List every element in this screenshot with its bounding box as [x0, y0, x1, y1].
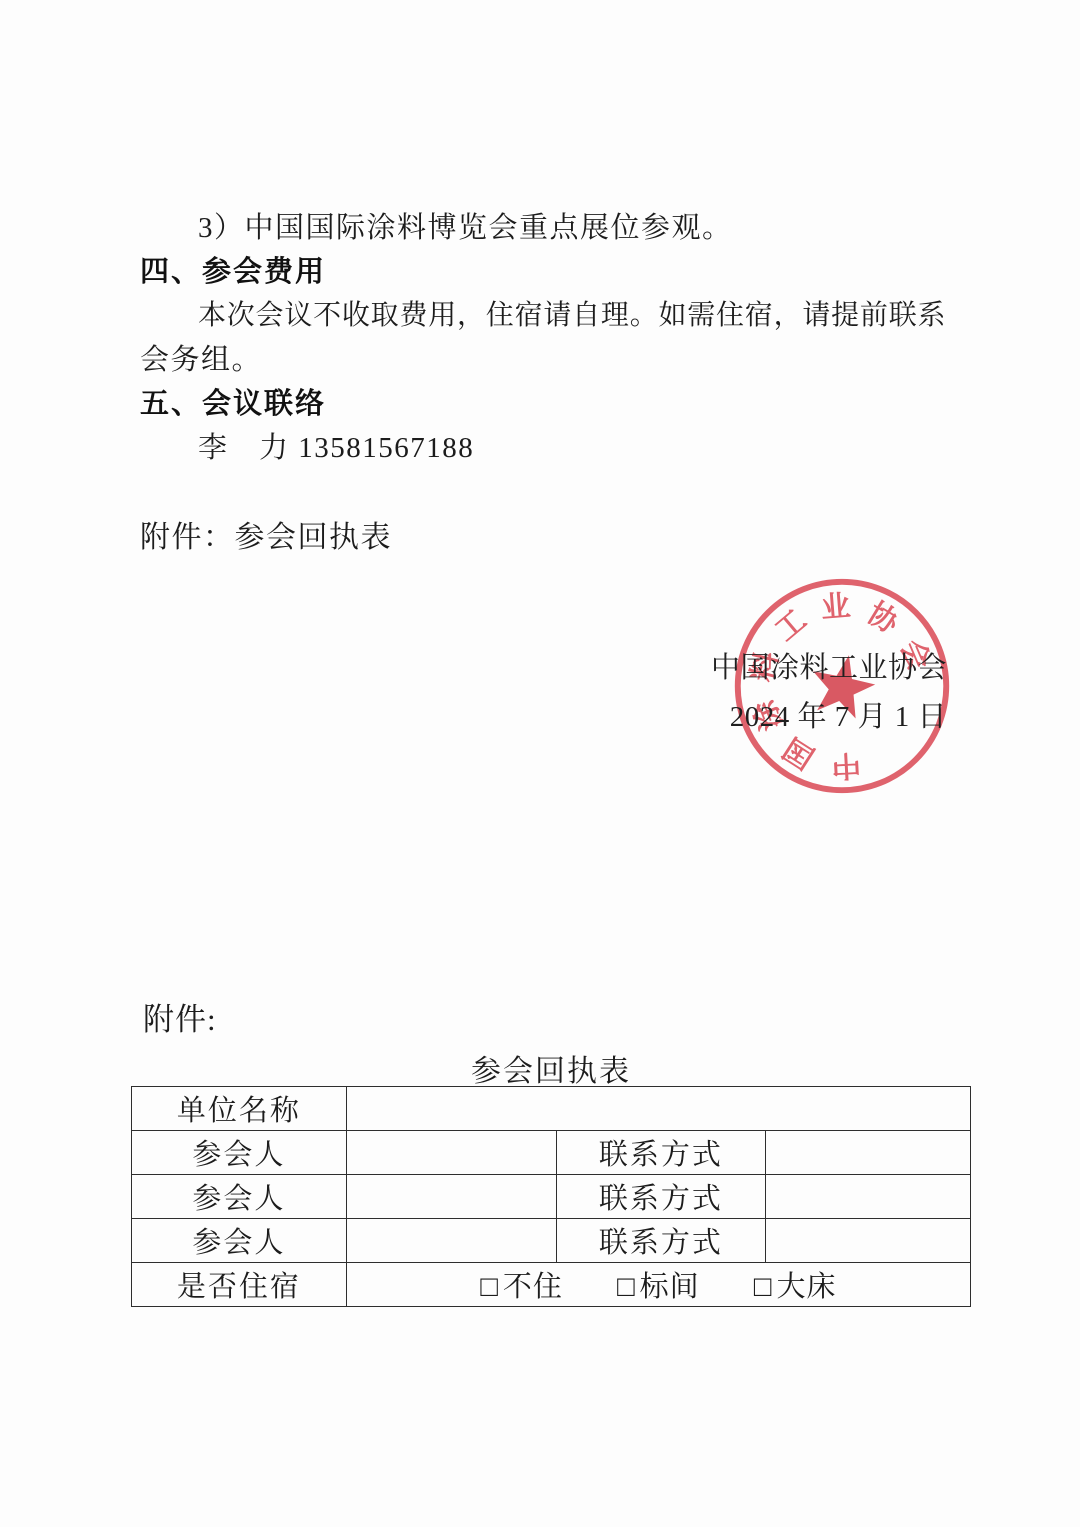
checkbox-icon: □ — [617, 1271, 636, 1303]
contact-value-cell — [766, 1131, 971, 1175]
unit-name-value-cell — [346, 1087, 970, 1131]
seal-char: 协 — [862, 597, 906, 641]
body-line: 本次会议不收取费用，住宿请自理。如需住宿，请提前联系 — [140, 294, 946, 338]
hotel-option-label: 不住 — [503, 1271, 563, 1303]
contact-line: 李 力 13581567188 — [140, 426, 946, 470]
participant-label: 参会人 — [132, 1131, 347, 1175]
issue-date: 2024 年 7 月 1 日 — [527, 693, 947, 742]
participant-value-cell — [346, 1131, 556, 1175]
seal-char: 工 — [770, 604, 813, 647]
table-row-participant: 参会人 联系方式 — [132, 1219, 971, 1263]
signature-block: 中国涂料工业协会 2024 年 7 月 1 日 — [527, 644, 947, 742]
participant-label: 参会人 — [132, 1219, 347, 1263]
hotel-option: □不住 — [480, 1271, 563, 1303]
attachment-note: 附件：参会回执表 — [140, 512, 392, 556]
checkbox-icon: □ — [754, 1271, 773, 1303]
organization-name: 中国涂料工业协会 — [527, 644, 947, 693]
hotel-option: □标间 — [617, 1271, 700, 1303]
attachment-label: 附件: — [143, 994, 217, 1039]
reply-table: 单位名称 参会人 联系方式 参会人 联系方式 参会人 联系方式 — [131, 1086, 971, 1307]
reply-table-title: 参会回执表 — [131, 1046, 971, 1090]
contact-label: 联系方式 — [556, 1131, 766, 1175]
checkbox-icon: □ — [480, 1271, 499, 1303]
section-heading-contact: 五、会议联络 — [140, 382, 946, 426]
table-row-unit: 单位名称 — [132, 1087, 971, 1131]
hotel-option: □大床 — [754, 1271, 837, 1303]
document-page: 3）中国国际涂料博览会重点展位参观。 四、参会费用 本次会议不收取费用，住宿请自… — [0, 0, 1080, 1527]
table-row-hotel: 是否住宿 □不住 □标间 □大床 — [132, 1263, 971, 1307]
contact-label: 联系方式 — [556, 1219, 766, 1263]
seal-char: 中 — [831, 748, 862, 782]
participant-label: 参会人 — [132, 1175, 347, 1219]
contact-value-cell — [766, 1219, 971, 1263]
participant-value-cell — [346, 1219, 556, 1263]
contact-label: 联系方式 — [556, 1175, 766, 1219]
seal-char: 业 — [820, 589, 852, 624]
section-heading-fees: 四、参会费用 — [140, 250, 946, 294]
table-row-participant: 参会人 联系方式 — [132, 1131, 971, 1175]
body-line: 会务组。 — [140, 338, 946, 382]
hotel-option-label: 标间 — [640, 1271, 700, 1303]
hotel-label: 是否住宿 — [132, 1263, 347, 1307]
hotel-options-cell: □不住 □标间 □大床 — [346, 1263, 970, 1307]
document-body: 3）中国国际涂料博览会重点展位参观。 四、参会费用 本次会议不收取费用，住宿请自… — [140, 206, 946, 470]
hotel-option-label: 大床 — [776, 1271, 836, 1303]
contact-value-cell — [766, 1175, 971, 1219]
unit-name-label: 单位名称 — [132, 1087, 347, 1131]
table-row-participant: 参会人 联系方式 — [132, 1175, 971, 1219]
body-line: 3）中国国际涂料博览会重点展位参观。 — [140, 206, 946, 250]
participant-value-cell — [346, 1175, 556, 1219]
